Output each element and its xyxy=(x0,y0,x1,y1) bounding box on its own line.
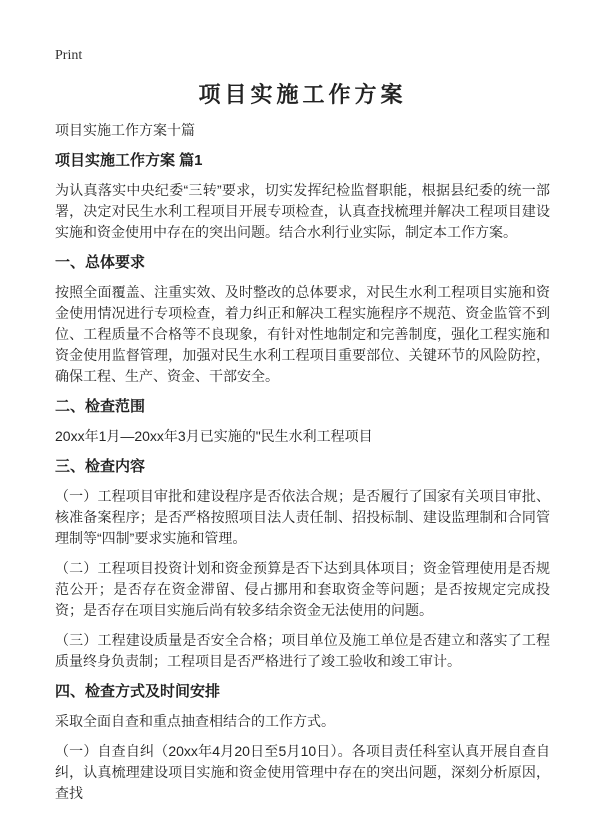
paragraph: 采取全面自查和重点抽查相结合的工作方式。 xyxy=(55,711,550,732)
paragraph: （二）工程项目投资计划和资金预算是否下达到具体项目；资金管理使用是否规范公开；是… xyxy=(55,558,550,621)
section-heading: 二、检查范围 xyxy=(55,396,550,417)
document-page: Print 项目实施工作方案 项目实施工作方案十篇 项目实施工作方案 篇1为认真… xyxy=(0,0,600,828)
paragraph: （三）工程建设质量是否安全合格；项目单位及施工单位是否建立和落实了工程质量终身负… xyxy=(55,630,550,672)
section-heading: 三、检查内容 xyxy=(55,456,550,477)
section-heading: 项目实施工作方案 篇1 xyxy=(55,150,550,171)
section-heading: 一、总体要求 xyxy=(55,252,550,273)
paragraph: （一）工程项目审批和建设程序是否依法合规；是否履行了国家有关项目审批、核准备案程… xyxy=(55,486,550,549)
print-button[interactable]: Print xyxy=(55,47,82,65)
paragraph: （一）自查自纠（20xx年4月20日至5月10日）。各项目责任科室认真开展自查自… xyxy=(55,741,550,804)
paragraph: 为认真落实中央纪委“三转”要求，切实发挥纪检监督职能，根据县纪委的统一部署，决定… xyxy=(55,180,550,243)
document-subtitle: 项目实施工作方案十篇 xyxy=(55,120,550,141)
paragraph: 20xx年1月—20xx年3月已实施的"民生水利工程项目 xyxy=(55,426,550,447)
document-body: 项目实施工作方案 篇1为认真落实中央纪委“三转”要求，切实发挥纪检监督职能，根据… xyxy=(55,150,550,804)
document-content: Print 项目实施工作方案 项目实施工作方案十篇 项目实施工作方案 篇1为认真… xyxy=(0,0,600,824)
page-title: 项目实施工作方案 xyxy=(55,80,550,110)
section-heading: 四、检查方式及时间安排 xyxy=(55,681,550,702)
paragraph: 按照全面覆盖、注重实效、及时整改的总体要求，对民生水利工程项目实施和资金使用情况… xyxy=(55,282,550,387)
